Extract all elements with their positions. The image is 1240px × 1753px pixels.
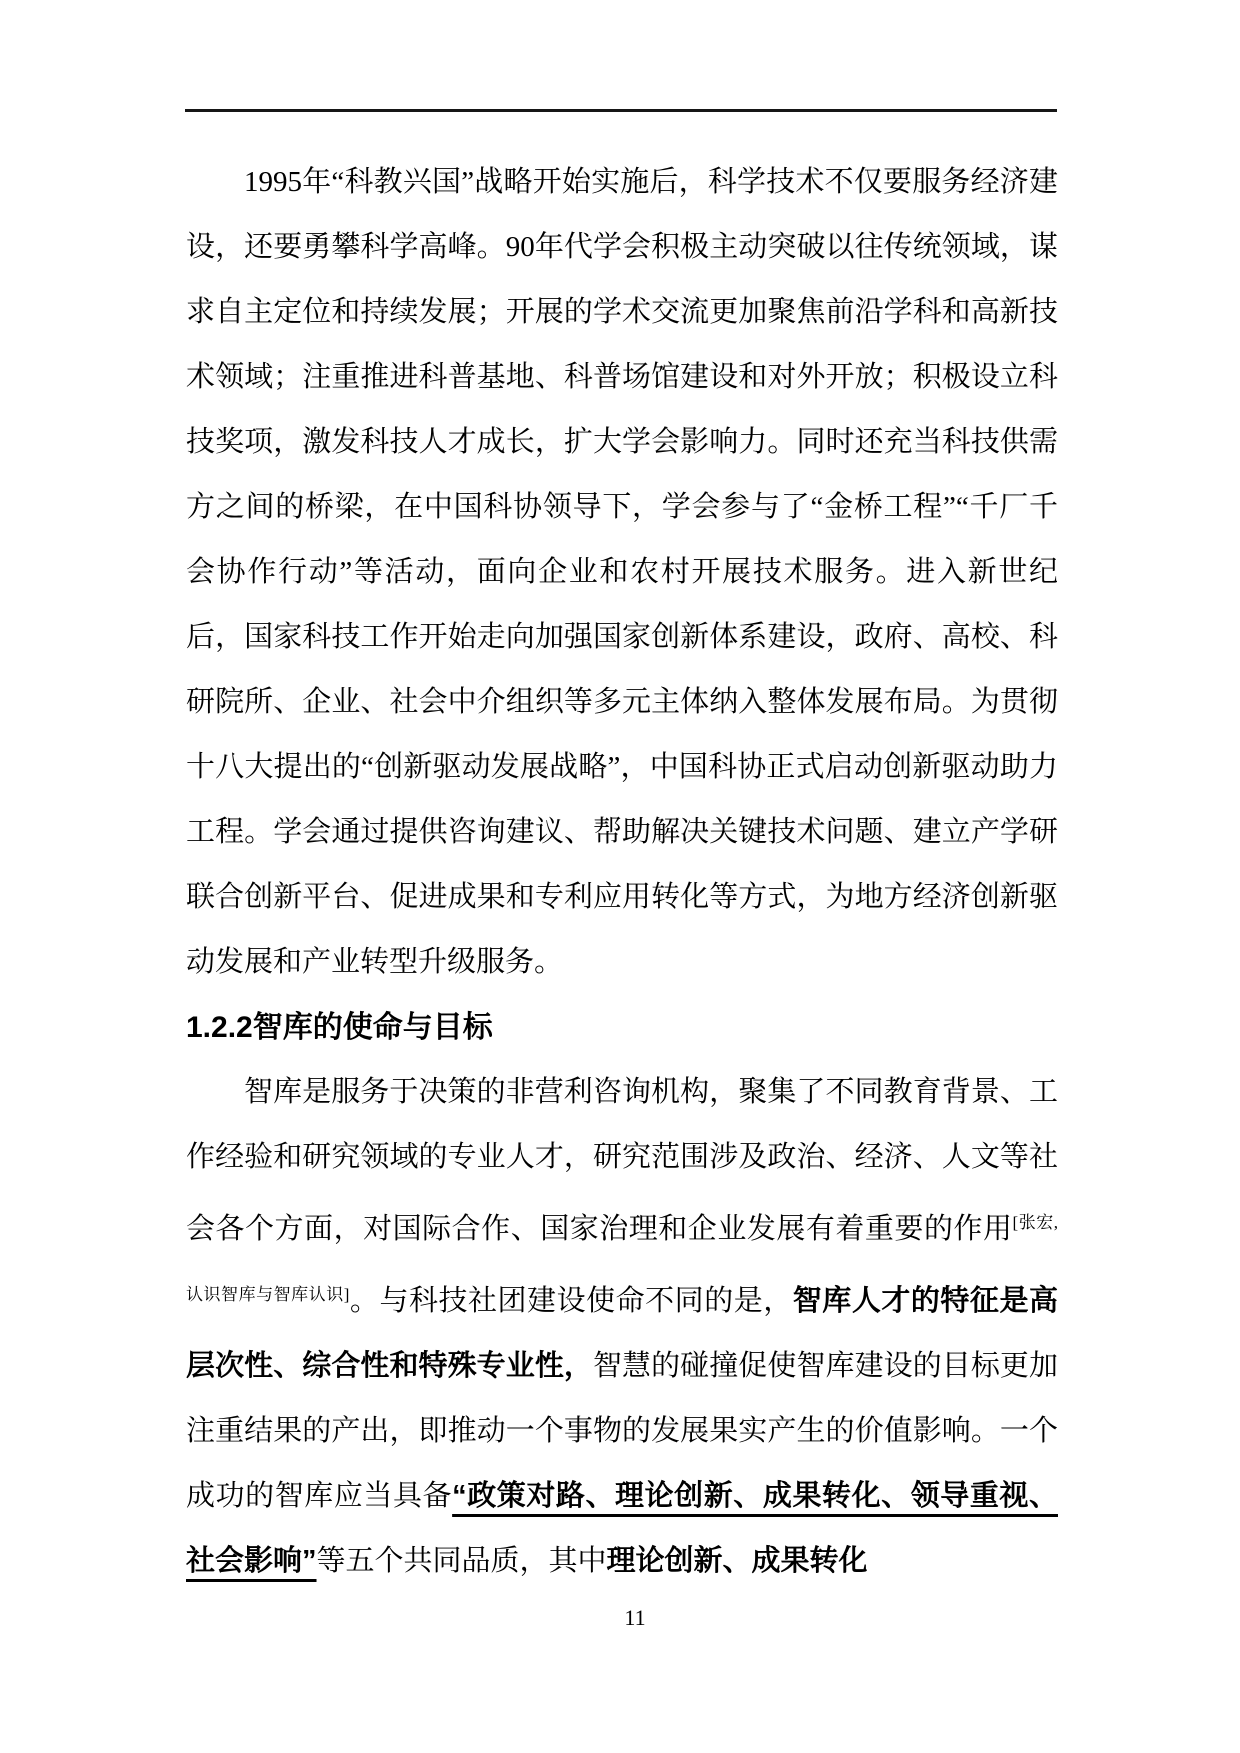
page-number: 11	[0, 1598, 1240, 1638]
text-run-normal: 。与科技社团建设使命不同的是，	[349, 1285, 792, 1317]
document-body: 1995年“科教兴国”战略开始实施后，科学技术不仅要服务经济建设，还要勇攀科学高…	[186, 150, 1058, 1594]
header-rule	[185, 109, 1057, 112]
text-run-normal: 等五个共同品质，其中	[317, 1545, 607, 1577]
section-heading-1-2-2: 1.2.2智库的使命与目标	[186, 995, 1058, 1060]
text-run-normal: 智库是服务于决策的非营利咨询机构，聚集了不同教育背景、工作经验和研究领域的专业人…	[186, 1076, 1058, 1245]
document-page: 1995年“科教兴国”战略开始实施后，科学技术不仅要服务经济建设，还要勇攀科学高…	[0, 0, 1240, 1753]
text-run-bold: 理论创新、成果转化	[607, 1545, 868, 1577]
paragraph-society-history: 1995年“科教兴国”战略开始实施后，科学技术不仅要服务经济建设，还要勇攀科学高…	[186, 150, 1058, 995]
paragraph-thinktank-mission: 智库是服务于决策的非营利咨询机构，聚集了不同教育背景、工作经验和研究领域的专业人…	[186, 1060, 1058, 1594]
